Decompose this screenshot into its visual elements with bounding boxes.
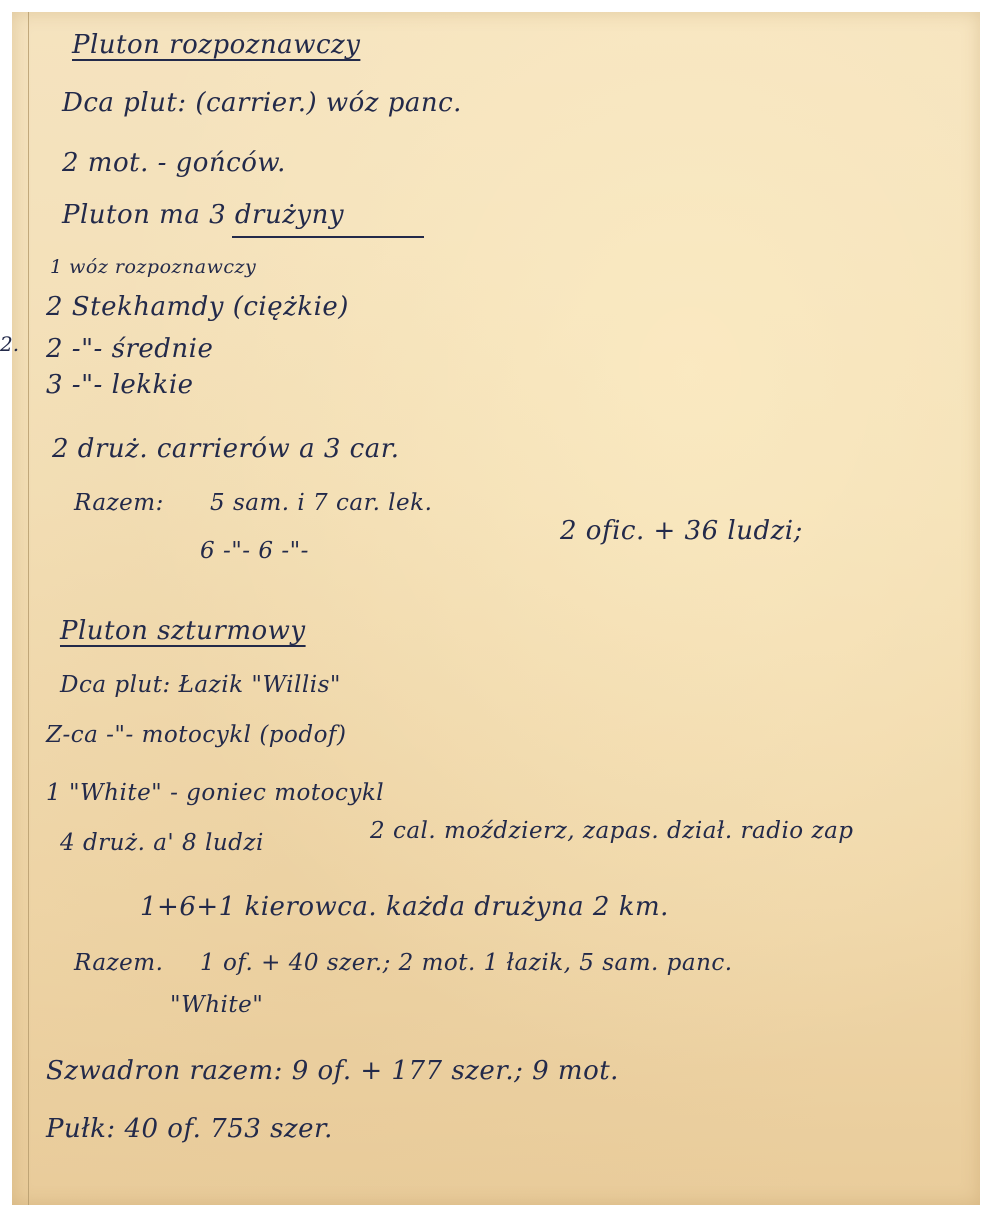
squad-item: 1 wóz rozpoznawczy	[50, 256, 256, 278]
squad-item: 3 -"- lekkie	[46, 370, 194, 400]
total-people: 2 ofic. + 36 ludzi;	[560, 516, 803, 546]
total-text: 1 of. + 40 szer.; 2 mot. 1 łazik, 5 sam.…	[200, 950, 733, 976]
text-line: Dca plut: Łazik "Willis"	[60, 672, 341, 698]
section-heading-assault-platoon: Pluton szturmowy	[60, 616, 306, 646]
total-label: Razem:	[74, 490, 164, 516]
squads-heading: Pluton ma 3 drużyny	[62, 200, 344, 230]
binding-fold-line	[28, 12, 29, 1205]
text-line-squads-heading: Pluton ma 3 drużyny	[62, 200, 344, 230]
carriers-note: 2 druż. carrierów a 3 car.	[52, 434, 400, 464]
text-line: 1+6+1 kierowca. każda drużyna 2 km.	[140, 892, 669, 922]
total-sub: "White"	[170, 992, 263, 1018]
equipment-note: 2 cal. moździerz, zapas. dział. radio za…	[370, 818, 854, 844]
total-row-1: 5 sam. i 7 car. lek.	[210, 490, 432, 516]
text-line: 2 mot. - gońców.	[62, 148, 286, 178]
underline	[232, 236, 424, 238]
text-line: Dca plut: (carrier.) wóz panc.	[62, 88, 462, 118]
squad-item: 2 -"- średnie	[46, 334, 213, 364]
text-line: Z-ca -"- motocykl (podof)	[46, 722, 346, 748]
notebook-page	[12, 12, 980, 1205]
squad-item: 2 Stekhamdy (ciężkie)	[46, 292, 349, 322]
total-row-2: 6 -"- 6 -"-	[200, 538, 309, 564]
text-line: 4 druż. a' 8 ludzi	[60, 830, 264, 856]
margin-mark: 2.	[0, 332, 19, 356]
text-line: 1 "White" - goniec motocykl	[46, 780, 384, 806]
section-heading-recon-platoon: Pluton rozpoznawczy	[72, 30, 360, 60]
squadron-total: Szwadron razem: 9 of. + 177 szer.; 9 mot…	[46, 1056, 619, 1086]
total-label: Razem.	[74, 950, 163, 976]
regiment-total: Pułk: 40 of. 753 szer.	[46, 1114, 333, 1144]
